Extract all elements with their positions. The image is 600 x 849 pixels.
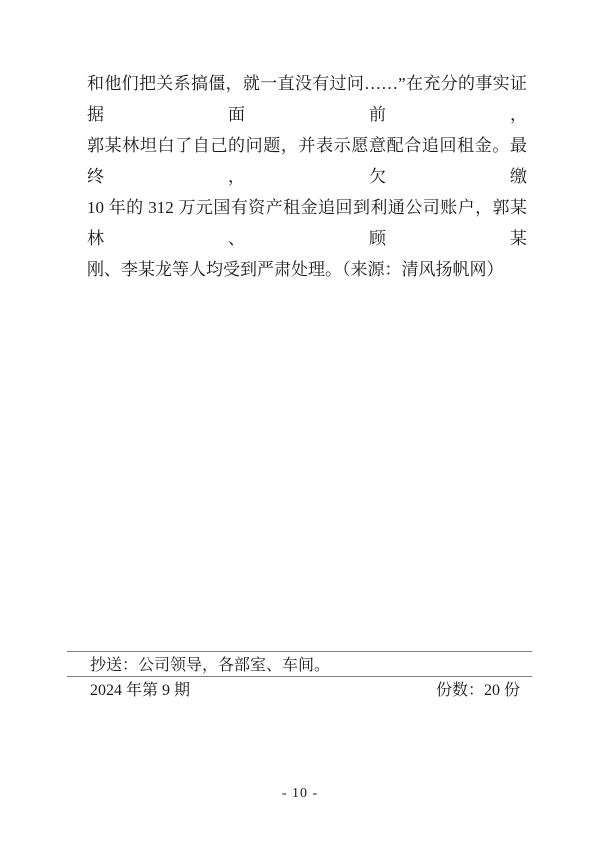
copy-to-line: 抄送：公司领导，各部室、车间。 [90,654,532,678]
footer-separator-rule-bottom [67,676,532,677]
body-line: 刚、李某龙等人均受到严肃处理。（来源：清风扬帆网） [87,254,527,285]
footer-separator-rule-top [67,651,532,652]
document-page: 和他们把关系搞僵，就一直没有过问……”在充分的事实证据面前， 郭某林坦白了自己的… [0,0,600,849]
issue-number: 2024 年第 9 期 [90,679,190,703]
body-line: 郭某林坦白了自己的问题，并表示愿意配合追回租金。最终，欠缴 [87,130,527,192]
body-line: 和他们把关系搞僵，就一直没有过问……”在充分的事实证据面前， [87,68,527,130]
copies-count: 份数：20 份 [436,679,520,703]
page-number: - 10 - [0,786,600,802]
body-paragraph: 和他们把关系搞僵，就一直没有过问……”在充分的事实证据面前， 郭某林坦白了自己的… [87,68,527,285]
body-line: 10 年的 312 万元国有资产租金追回到利通公司账户，郭某林、顾某 [87,192,527,254]
issue-row: 2024 年第 9 期 份数：20 份 [90,679,520,703]
